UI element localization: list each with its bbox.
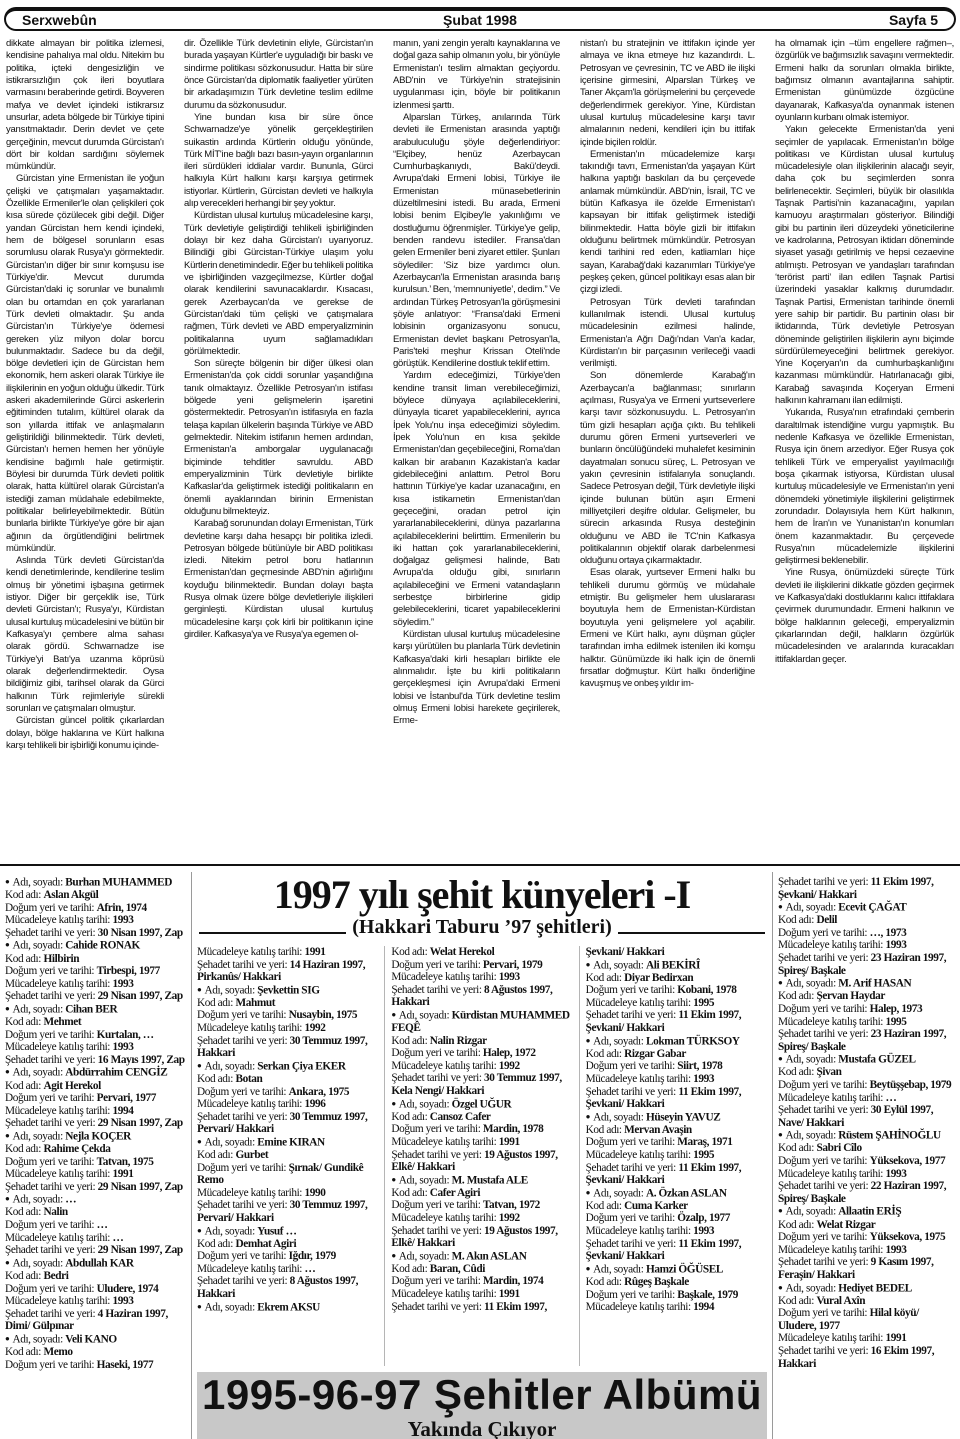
bullet-icon: ● [778, 902, 782, 911]
martyr-field-label: Adı, soyadı: [204, 984, 257, 996]
martyr-field-value: 1993 [693, 1225, 714, 1237]
martyr-entry-line: Mücadeleye katılış tarihi: … [5, 1232, 186, 1245]
martyr-column-3: Şevkani/ Hakkari●Adı, soyadı: Ali BEKİRÎ… [586, 946, 767, 1366]
martyr-field-value: Diyar Bedirxan [624, 972, 693, 984]
martyrs-title: 1997 yılı şehit künyeleri -I [197, 874, 767, 916]
martyr-field-value: Nalin Rizgar [430, 1035, 487, 1047]
martyr-field-value: 29 Nisan 1997, Zap [98, 990, 183, 1002]
martyr-entry-line: Doğum yeri ve tarihi: Halep, 1973 [778, 1003, 955, 1016]
martyr-entry-line: Kod adı: Cafer Agiri [391, 1187, 572, 1200]
martyr-field-value: 1993 [499, 971, 520, 983]
martyr-entry-line: Kod adı: Cuma Karker [586, 1200, 767, 1213]
bullet-icon: ● [778, 1283, 782, 1292]
martyr-field-label: Doğum yeri ve tarihi: [5, 902, 97, 914]
martyr-field-label: Kod adı: [5, 1080, 43, 1092]
martyr-entry-line: Kod adı: Vural Axîn [778, 1295, 955, 1308]
martyr-field-value: Yüksekova, 1977 [870, 1155, 946, 1167]
martyr-field-label: Şehadet tarihi ve yeri: [778, 952, 871, 964]
martyr-entry-line: ●Adı, soyadı: Abdürrahim CENGİZ [5, 1066, 186, 1079]
martyr-entry-line: Doğum yeri ve tarihi: Maraş, 1971 [586, 1136, 767, 1149]
martyr-field-value: 1993 [112, 1041, 133, 1053]
article-paragraph: dir. Özellikle Türk devletinin eliyle, G… [184, 38, 373, 112]
martyr-entry-line: ●Adı, soyadı: Emine KIRAN [197, 1136, 378, 1149]
martyr-entry-line: ●Adı, soyadı: Burhan MUHAMMED [5, 876, 186, 889]
martyr-field-label: Kod adı: [5, 953, 43, 965]
martyr-field-value: Mardin, 1978 [483, 1123, 543, 1135]
martyr-entry-line: Şehadet tarihi ve yeri: 11 Ekim 1997, Şe… [586, 1162, 767, 1187]
martyr-entry-line: Mücadeleye katılış tarihi: 1992 [391, 1060, 572, 1073]
martyr-field-value: Rüstem ŞAHİNOĞLU [838, 1130, 941, 1142]
article-paragraph: Gürcistan güncel politik çıkarlardan dol… [6, 715, 164, 752]
martyr-field-label: Doğum yeri ve tarihi: [778, 927, 870, 939]
article-paragraph: Yine bundan kısa bir süre önce Schwarnad… [184, 112, 373, 211]
martyr-field-label: Doğum yeri ve tarihi: [391, 959, 483, 971]
martyrs-section: ●Adı, soyadı: Burhan MUHAMMEDKod adı: As… [5, 872, 955, 1439]
martyr-field-label: Doğum yeri ve tarihi: [586, 1289, 678, 1301]
martyr-entry-line: Kod adı: Welat Herekol [391, 946, 572, 959]
martyr-field-label: Kod adı: [391, 946, 429, 958]
martyr-field-label: Kod adı: [778, 914, 816, 926]
martyr-field-value: A. Özkan ASLAN [646, 1187, 727, 1199]
martyr-entry-line: Doğum yeri ve tarihi: Pervari, 1979 [391, 959, 572, 972]
martyr-field-value: Halep, 1972 [483, 1047, 536, 1059]
martyr-entry-line: Mücadeleye katılış tarihi: 1991 [197, 946, 378, 959]
martyr-field-label: Adı, soyadı: [12, 1194, 65, 1206]
martyr-entry-line: Mücadeleye katılış tarihi: 1992 [197, 1022, 378, 1035]
martyr-field-value: Agit Herekol [43, 1080, 100, 1092]
martyr-field-value: Ali BEKİRÎ [646, 959, 700, 971]
martyr-entry-line: Mücadeleye katılış tarihi: 1991 [5, 1168, 186, 1181]
martyr-field-label: Kod adı: [5, 1270, 43, 1282]
martyr-entry-line: Şehadet tarihi ve yeri: 16 Ekim 1997, Ha… [778, 1345, 955, 1370]
martyr-entry-line: Kod adı: Gurbet [197, 1149, 378, 1162]
column-separator [579, 946, 580, 1366]
martyr-field-value: Aslan Akgül [43, 889, 98, 901]
article-paragraph: nistan'ı bu stratejinin ve ittifakın içi… [580, 38, 755, 149]
article-paragraph: dikkate almayan bir politika izlemesi, k… [6, 38, 164, 173]
martyr-field-label: Şehadet tarihi ve yeri: [586, 1009, 679, 1021]
column-separator [384, 946, 385, 1366]
martyr-field-value: Veli KANO [65, 1333, 117, 1345]
martyr-entry-line: Şehadet tarihi ve yeri: 23 Haziran 1997,… [778, 1028, 955, 1053]
martyr-entry-line: Doğum yeri ve tarihi: Yüksekova, 1977 [778, 1155, 955, 1168]
martyr-entry-line: Şehadet tarihi ve yeri: 19 Ağustos 1997,… [391, 1225, 572, 1250]
martyr-entry-line: Kod adı: Demhat Agiri [197, 1238, 378, 1251]
bullet-icon: ● [778, 1130, 782, 1139]
martyr-entry-line: ●Adı, soyadı: Şevkettin SIG [197, 984, 378, 997]
martyr-field-label: Kod adı: [5, 1206, 43, 1218]
martyr-field-label: Şehadet tarihi ve yeri: [197, 959, 290, 971]
martyr-entry-line: Mücadeleye katılış tarihi: 1993 [778, 939, 955, 952]
martyr-field-label: Adı, soyadı: [12, 940, 65, 952]
martyr-field-value: Baran, Cûdi [430, 1263, 485, 1275]
martyr-field-label: Mücadeleye katılış tarihi: [778, 939, 885, 951]
martyr-entry-line: Şehadet tarihi ve yeri: 30 Eylül 1997, N… [778, 1104, 955, 1129]
martyr-field-value: … [112, 1232, 123, 1244]
martyr-entry-line: ●Adı, soyadı: Yusuf … [197, 1225, 378, 1238]
martyr-field-value: 1993 [885, 1244, 906, 1256]
martyr-field-label: Şehadet tarihi ve yeri: [391, 1149, 484, 1161]
martyr-field-value: …, 1973 [870, 927, 907, 939]
martyr-field-label: Doğum yeri ve tarihi: [778, 1231, 870, 1243]
martyr-entry-line: ●Adı, soyadı: Hediyet BEDEL [778, 1282, 955, 1295]
martyr-entry-line: Doğum yeri ve tarihi: Mardin, 1978 [391, 1123, 572, 1136]
martyr-field-value: Nalin [43, 1206, 67, 1218]
martyr-entry-line: ●Adı, soyadı: Ali BEKİRÎ [586, 959, 767, 972]
martyr-entry-line: Kod adı: Mahmut [197, 997, 378, 1010]
martyr-field-label: Şehadet tarihi ve yeri: [586, 1238, 679, 1250]
martyr-field-label: Adı, soyadı: [12, 1003, 65, 1015]
martyr-field-value: Hüseyin YAVUZ [646, 1111, 720, 1123]
martyr-field-label: Doğum yeri ve tarihi: [5, 1156, 97, 1168]
martyr-entry-line: Kod adı: Şervan Haydar [778, 990, 955, 1003]
martyr-entry-line: Doğum yeri ve tarihi: Halep, 1972 [391, 1047, 572, 1060]
bullet-icon: ● [5, 1334, 9, 1343]
martyr-field-label: Mücadeleye katılış tarihi: [197, 1263, 304, 1275]
martyr-field-value: Vural Axîn [816, 1295, 865, 1307]
martyr-field-label: Kod adı: [586, 1048, 624, 1060]
bullet-icon: ● [5, 1004, 9, 1013]
martyr-field-label: Adı, soyadı: [785, 1206, 838, 1218]
martyr-field-label: Şehadet tarihi ve yeri: [391, 984, 484, 996]
martyr-field-value: 11 Ekim 1997, [484, 1301, 547, 1313]
martyr-entry-line: Şehadet tarihi ve yeri: 8 Ağustos 1997, … [391, 984, 572, 1009]
martyr-field-value: Cuma Karker [624, 1200, 688, 1212]
martyr-field-label: Adı, soyadı: [204, 1136, 257, 1148]
martyr-entry-line: Kod adı: Aslan Akgül [5, 889, 186, 902]
martyr-field-value: Halep, 1973 [870, 1003, 923, 1015]
martyr-entry-line: ●Adı, soyadı: Nejla KOÇER [5, 1130, 186, 1143]
martyr-entry-line: Kod adı: Rahime Çekda [5, 1143, 186, 1156]
martyr-entry-line: Şehadet tarihi ve yeri: 4 Haziran 1997, … [5, 1308, 186, 1333]
bullet-icon: ● [197, 1061, 201, 1070]
martyr-entry-line: Mücadeleye katılış tarihi: 1992 [391, 1212, 572, 1225]
martyr-field-label: Doğum yeri ve tarihi: [5, 1359, 97, 1371]
martyr-field-label: Mücadeleye katılış tarihi: [5, 1041, 112, 1053]
martyr-entry-line: Kod adı: Cansoz Cafer [391, 1111, 572, 1124]
martyr-entry-line: Mücadeleye katılış tarihi: 1995 [778, 1016, 955, 1029]
martyr-field-label: Mücadeleye katılış tarihi: [197, 946, 304, 958]
martyr-field-label: Doğum yeri ve tarihi: [197, 1250, 289, 1262]
martyr-field-label: Doğum yeri ve tarihi: [5, 965, 97, 977]
article-paragraph: Karabağ sorunundan dolayı Ermenistan, Tü… [184, 518, 373, 641]
martyr-field-label: Şehadet tarihi ve yeri: [391, 1301, 484, 1313]
martyr-entry-line: Mücadeleye katılış tarihi: … [197, 1263, 378, 1276]
martyr-field-value: Tirbespi, 1977 [97, 965, 160, 977]
martyr-field-label: Adı, soyadı: [593, 1035, 646, 1047]
article-paragraph: Son süreçte bölgenin bir diğer ülkesi ol… [184, 358, 373, 518]
martyr-field-value: Hediyet BEDEL [838, 1282, 912, 1294]
martyr-entry-line: Mücadeleye katılış tarihi: 1993 [778, 1168, 955, 1181]
article-column: dikkate almayan bir politika izlemesi, k… [6, 38, 164, 856]
martyr-field-label: Şehadet tarihi ve yeri: [778, 1104, 871, 1116]
martyr-field-label: Mücadeleye katılış tarihi: [197, 1187, 304, 1199]
martyr-field-value: Delil [816, 914, 837, 926]
martyr-entry-line: Mücadeleye katılış tarihi: 1993 [5, 978, 186, 991]
martyr-entry-line: Şehadet tarihi ve yeri: 30 Temmuz 1997, … [197, 1111, 378, 1136]
martyr-column-left: ●Adı, soyadı: Burhan MUHAMMEDKod adı: As… [5, 872, 186, 1439]
bullet-icon: ● [586, 1036, 590, 1045]
martyr-field-label: Şehadet tarihi ve yeri: [197, 1199, 290, 1211]
martyr-entry-line: Mücadeleye katılış tarihi: … [778, 1092, 955, 1105]
martyr-field-label: Mücadeleye katılış tarihi: [586, 1225, 693, 1237]
martyr-field-value: 1993 [112, 914, 133, 926]
martyr-field-label: Mücadeleye katılış tarihi: [778, 1016, 885, 1028]
martyr-field-label: Kod adı: [586, 972, 624, 984]
martyr-field-value: 1990 [304, 1187, 325, 1199]
martyr-field-value: Welat Herekol [430, 946, 495, 958]
martyr-entry-line: ●Adı, soyadı: Veli KANO [5, 1333, 186, 1346]
article-paragraph: Aslında Türk devleti Gürcistan'da kendi … [6, 555, 164, 715]
martyr-entry-line: Şehadet tarihi ve yeri: 11 Ekim 1997, Şe… [586, 1009, 767, 1034]
album-banner-subtitle: Yakında Çıkıyor [197, 1418, 767, 1439]
martyr-field-label: Adı, soyadı: [785, 1130, 838, 1142]
martyr-entry-line: Kod adı: Şivan [778, 1066, 955, 1079]
martyr-field-value: Emine KIRAN [257, 1136, 324, 1148]
martyr-field-value: Mervan Avaşin [624, 1124, 692, 1136]
martyr-entry-line: Kod adı: Rizgar Gabar [586, 1048, 767, 1061]
martyr-field-value: 1991 [499, 1288, 520, 1300]
martyr-field-value: Yüksekova, 1975 [870, 1231, 946, 1243]
martyr-field-label: Doğum yeri ve tarihi: [5, 1219, 97, 1231]
martyr-field-label: Mücadeleye katılış tarihi: [778, 1168, 885, 1180]
martyr-field-value: Rahime Çekda [43, 1143, 110, 1155]
martyr-field-label: Doğum yeri ve tarihi: [5, 1092, 97, 1104]
martyr-field-label: Şehadet tarihi ve yeri: [391, 1225, 484, 1237]
martyr-entry-line: Mücadeleye katılış tarihi: 1993 [5, 1295, 186, 1308]
bullet-icon: ● [197, 1226, 201, 1235]
martyr-field-value: Tatvan, 1972 [483, 1199, 540, 1211]
martyr-field-value: 1993 [112, 1295, 133, 1307]
martyr-field-label: Adı, soyadı: [12, 1067, 65, 1079]
martyr-field-value: … [304, 1263, 315, 1275]
martyr-field-value: Kobani, 1978 [677, 984, 736, 996]
martyr-field-value: 1994 [112, 1105, 133, 1117]
martyr-field-label: Kod adı: [197, 997, 235, 1009]
martyr-field-label: Kod adı: [778, 990, 816, 1002]
martyr-field-value: Başkale, 1979 [677, 1289, 738, 1301]
martyr-field-value: Burhan MUHAMMED [65, 877, 172, 889]
martyr-field-value: Pervari, 1979 [483, 959, 542, 971]
martyr-field-value: Siirt, 1978 [677, 1060, 722, 1072]
martyr-entry-line: Kod adı: Memo [5, 1346, 186, 1359]
martyr-entry-line: Mücadeleye katılış tarihi: 1994 [5, 1105, 186, 1118]
martyr-entry-line: Doğum yeri ve tarihi: Tatvan, 1975 [5, 1156, 186, 1169]
martyr-field-label: Kod adı: [197, 1073, 235, 1085]
martyr-field-label: Kod adı: [197, 1149, 235, 1161]
martyr-field-value: Afrin, 1974 [97, 902, 147, 914]
martyr-field-label: Adı, soyadı: [399, 1009, 452, 1021]
martyr-field-value: Serkan Çiya EKER [257, 1060, 345, 1072]
martyr-entry-line: Mücadeleye katılış tarihi: 1993 [5, 1041, 186, 1054]
martyr-entry-line: Kod adı: Mervan Avaşin [586, 1124, 767, 1137]
martyrs-heading: 1997 yılı şehit künyeleri -I (Hakkari Ta… [197, 872, 767, 939]
martyr-field-label: Kod adı: [5, 1016, 43, 1028]
martyr-entry-line: Kod adı: Bedri [5, 1270, 186, 1283]
martyr-field-label: Kod adı: [5, 1143, 43, 1155]
martyr-field-label: Mücadeleye katılış tarihi: [778, 1332, 885, 1344]
martyr-field-label: Şehadet tarihi ve yeri: [586, 1162, 679, 1174]
martyr-entry-line: Kod adı: Hilbirin [5, 953, 186, 966]
martyr-entry-line: ●Adı, soyadı: Hüseyin YAVUZ [586, 1111, 767, 1124]
bullet-icon: ● [586, 1188, 590, 1197]
martyr-field-value: Ecevit ÇAĞAT [838, 902, 906, 914]
martyr-entry-line: Doğum yeri ve tarihi: Haseki, 1977 [5, 1359, 186, 1372]
martyr-field-value: … [885, 1092, 896, 1104]
martyr-field-value: Şervan Haydar [816, 990, 885, 1002]
martyr-field-label: Adı, soyadı: [12, 1257, 65, 1269]
martyr-entry-line: ●Adı, soyadı: Hamzi ÖĞÜSEL [586, 1263, 767, 1276]
martyr-field-label: Kod adı: [586, 1200, 624, 1212]
martyr-entry-line: ●Adı, soyadı: … [5, 1193, 186, 1206]
martyr-entry-line: Şehadet tarihi ve yeri: 11 Ekim 1997, Şe… [586, 1086, 767, 1111]
bullet-icon: ● [391, 1175, 395, 1184]
martyr-field-label: Doğum yeri ve tarihi: [391, 1047, 483, 1059]
martyr-field-value: Abdullah KAR [65, 1257, 133, 1269]
bullet-icon: ● [778, 1054, 782, 1063]
martyr-field-label: Mücadeleye katılış tarihi: [391, 1060, 498, 1072]
martyr-entry-line: ●Adı, soyadı: M. Arif HASAN [778, 977, 955, 990]
martyr-entry-line: Doğum yeri ve tarihi: Mardin, 1974 [391, 1275, 572, 1288]
martyr-field-label: Kod adı: [778, 1142, 816, 1154]
martyr-entry-line: ●Adı, soyadı: M. Akın ASLAN [391, 1250, 572, 1263]
martyr-field-label: Mücadeleye katılış tarihi: [586, 1073, 693, 1085]
martyr-entry-line: Mücadeleye katılış tarihi: 1996 [197, 1098, 378, 1111]
martyr-field-label: Kod adı: [5, 889, 43, 901]
martyr-field-label: Mücadeleye katılış tarihi: [197, 1022, 304, 1034]
martyr-field-label: Doğum yeri ve tarihi: [586, 1060, 678, 1072]
martyr-field-label: Kod adı: [197, 1238, 235, 1250]
martyr-field-label: Kod adı: [586, 1124, 624, 1136]
martyr-field-label: Kod adı: [778, 1066, 816, 1078]
martyr-entry-line: Mücadeleye katılış tarihi: 1994 [586, 1301, 767, 1314]
martyr-field-label: Mücadeleye katılış tarihi: [5, 978, 112, 990]
article-column: dir. Özellikle Türk devletinin eliyle, G… [184, 38, 373, 856]
article-paragraph: Son dönemlerde Karabağ'ın Azerbaycan'a b… [580, 370, 755, 567]
martyr-field-value: 1993 [112, 978, 133, 990]
martyr-entry-line: Doğum yeri ve tarihi: … [5, 1219, 186, 1232]
bullet-icon: ● [197, 1137, 201, 1146]
martyr-field-label: Şehadet tarihi ve yeri: [778, 1256, 871, 1268]
martyr-field-value: Özgel UĞUR [452, 1098, 512, 1110]
martyr-field-value: 29 Nisan 1997, Zap [98, 1244, 183, 1256]
martyr-entry-line: Şehadet tarihi ve yeri: 8 Ağustos 1997, … [197, 1275, 378, 1300]
paper-name: Serxwebûn [22, 12, 97, 28]
bullet-icon: ● [5, 1194, 9, 1203]
martyr-field-label: Doğum yeri ve tarihi: [778, 1307, 870, 1319]
martyr-field-label: Adı, soyadı: [593, 1187, 646, 1199]
martyr-field-value: Abdürrahim CENGİZ [65, 1067, 167, 1079]
martyr-column-right: Şehadet tarihi ve yeri: 11 Ekim 1997, Şe… [778, 872, 955, 1439]
martyr-field-value: Mustafa GÜZEL [838, 1054, 915, 1066]
martyr-field-label: Kod adı: [391, 1187, 429, 1199]
martyr-field-label: Şehadet tarihi ve yeri: [5, 927, 98, 939]
martyr-field-value: … [97, 1219, 108, 1231]
martyr-field-value: Cahide RONAK [65, 940, 140, 952]
martyr-field-label: Doğum yeri ve tarihi: [391, 1123, 483, 1135]
article-column: manın, yani zengin yeraltı kaynaklarına … [393, 38, 560, 856]
issue-date: Şubat 1998 [6, 12, 954, 28]
martyr-entry-line: Şehadet tarihi ve yeri: 30 Temmuz 1997, … [391, 1072, 572, 1097]
martyr-field-label: Şehadet tarihi ve yeri: [5, 1244, 98, 1256]
bullet-icon: ● [391, 1010, 395, 1019]
martyr-entry-line: Doğum yeri ve tarihi: Kobani, 1978 [586, 984, 767, 997]
martyr-field-value: Demhat Agiri [235, 1238, 296, 1250]
martyr-entry-line: Doğum yeri ve tarihi: Afrin, 1974 [5, 902, 186, 915]
martyr-field-label: Mücadeleye katılış tarihi: [778, 1244, 885, 1256]
martyr-column-2: Kod adı: Welat HerekolDoğum yeri ve tari… [391, 946, 572, 1366]
martyr-entry-line: Şehadet tarihi ve yeri: 23 Haziran 1997,… [778, 952, 955, 977]
article-paragraph: Petrosyan Türk devleti tarafından kullan… [580, 297, 755, 371]
martyrs-middle-block: 1997 yılı şehit künyeleri -I (Hakkari Ta… [197, 872, 767, 1439]
martyr-field-label: Kod adı: [391, 1111, 429, 1123]
martyr-field-label: Adı, soyadı: [593, 1263, 646, 1275]
martyr-field-label: Doğum yeri ve tarihi: [197, 1009, 289, 1021]
martyr-entry-line: Şehadet tarihi ve yeri: 11 Ekim 1997, Şe… [778, 876, 955, 901]
page-number: Sayfa 5 [889, 12, 938, 28]
martyr-entry-line: ●Adı, soyadı: Cihan BER [5, 1003, 186, 1016]
martyr-entry-line: Doğum yeri ve tarihi: Ankara, 1975 [197, 1086, 378, 1099]
martyr-field-label: Adı, soyadı: [12, 1130, 65, 1142]
martyr-field-value: Maraş, 1971 [677, 1136, 732, 1148]
bullet-icon: ● [5, 877, 9, 886]
martyr-field-value: 1993 [693, 1073, 714, 1085]
bullet-icon: ● [586, 1264, 590, 1273]
article-paragraph: Esas olarak, yurtsever Ermeni halkı bu t… [580, 567, 755, 690]
martyr-entry-line: Şehadet tarihi ve yeri: 11 Ekim 1997, [391, 1301, 572, 1314]
martyr-entry-line: Kod adı: Nalin [5, 1206, 186, 1219]
article-paragraph: Kürdistan ulusal kurtuluş mücadelesine k… [393, 629, 560, 728]
martyr-field-value: Uludere, 1974 [97, 1283, 159, 1295]
column-separator [191, 872, 192, 1439]
martyr-field-value: Mehmet [43, 1016, 81, 1028]
martyr-entry-line: Doğum yeri ve tarihi: Hilal köyü/ Uluder… [778, 1307, 955, 1332]
martyr-entry-line: Kod adı: Nalin Rizgar [391, 1035, 572, 1048]
martyr-field-value: 1995 [693, 1149, 714, 1161]
bullet-icon: ● [586, 1112, 590, 1121]
martyr-entry-line: Kod adı: Sabri Cîlo [778, 1142, 955, 1155]
martyr-field-value: Botan [235, 1073, 262, 1085]
martyr-entry-line: Doğum yeri ve tarihi: Beytüşşebap, 1979 [778, 1079, 955, 1092]
bullet-icon: ● [391, 1251, 395, 1260]
martyr-entry-line: Doğum yeri ve tarihi: Uludere, 1974 [5, 1283, 186, 1296]
martyr-field-label: Mücadeleye katılış tarihi: [391, 971, 498, 983]
martyr-field-value: 1995 [693, 997, 714, 1009]
article-paragraph: ha olmamak için –tüm engellere rağmen–, … [775, 38, 954, 124]
martyr-field-value: Haseki, 1977 [97, 1359, 154, 1371]
martyr-field-value: 1993 [885, 1168, 906, 1180]
martyr-field-label: Şehadet tarihi ve yeri: [5, 1308, 98, 1320]
martyr-entry-line: Şehadet tarihi ve yeri: 29 Nisan 1997, Z… [5, 1181, 186, 1194]
martyr-field-value: Rizgar Gabar [624, 1048, 686, 1060]
martyr-field-value: Mardin, 1974 [483, 1275, 543, 1287]
martyr-field-label: Şehadet tarihi ve yeri: [5, 1117, 98, 1129]
martyr-field-value: 1996 [304, 1098, 325, 1110]
martyr-entry-line: Mücadeleye katılış tarihi: 1995 [586, 997, 767, 1010]
article-paragraph: Alparslan Türkeş, anılarında Türk devlet… [393, 112, 560, 371]
martyr-field-label: Doğum yeri ve tarihi: [197, 1086, 289, 1098]
martyr-field-value: 1994 [693, 1301, 714, 1313]
martyr-field-label: Mücadeleye katılış tarihi: [5, 1168, 112, 1180]
martyr-field-label: Mücadeleye katılış tarihi: [197, 1098, 304, 1110]
martyr-field-label: Doğum yeri ve tarihi: [778, 1155, 870, 1167]
martyr-entry-line: Mücadeleye katılış tarihi: 1993 [586, 1073, 767, 1086]
martyr-field-value: Hilbirin [43, 953, 79, 965]
martyr-field-label: Şehadet tarihi ve yeri: [778, 1028, 871, 1040]
martyr-field-label: Mücadeleye katılış tarihi: [5, 914, 112, 926]
martyr-field-label: Adı, soyadı: [785, 902, 838, 914]
martyr-field-label: Mücadeleye katılış tarihi: [5, 1105, 112, 1117]
